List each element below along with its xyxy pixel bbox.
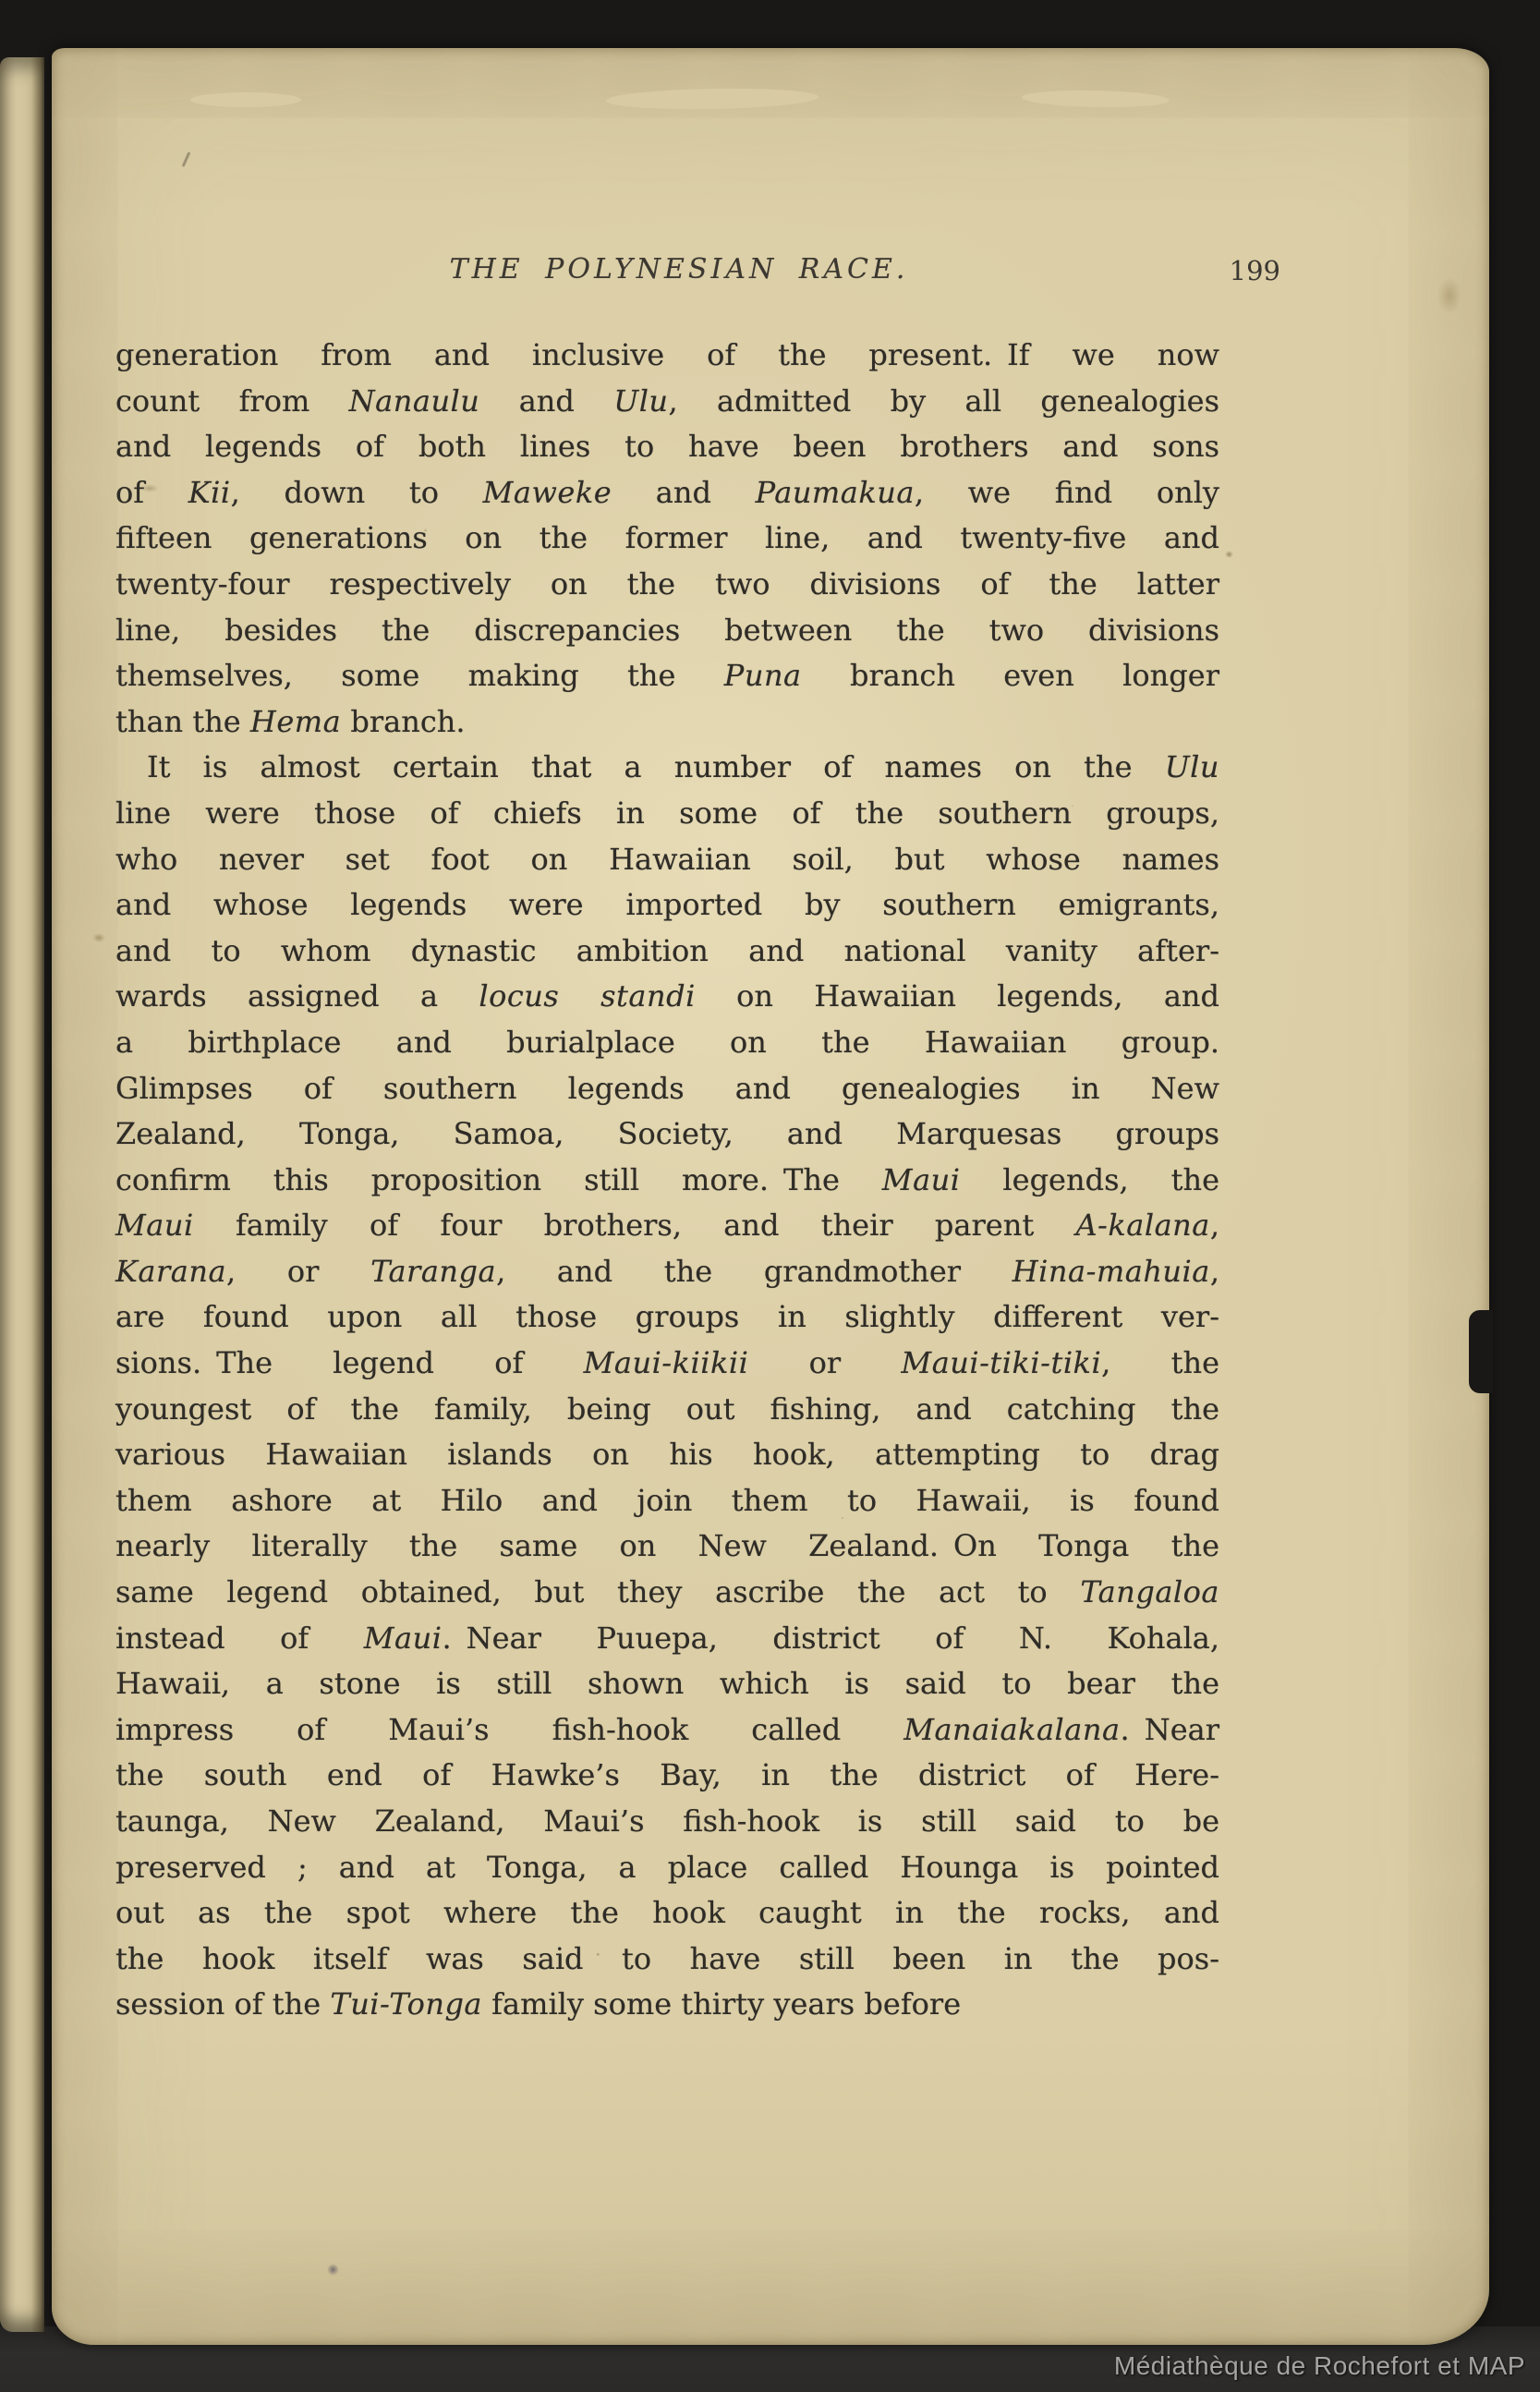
pencil-mark [182, 152, 191, 167]
text-line: same legend obtained, but they ascribe t… [115, 1570, 1219, 1616]
text-line: out as the spot where the hook caught in… [115, 1890, 1219, 1937]
book-page: THE POLYNESIAN RACE. 199 generation from… [52, 48, 1489, 2345]
text-line: impress of Maui’s fish-hook called Manai… [115, 1707, 1219, 1754]
text-line: themselves, some making the Puna branch … [115, 653, 1219, 699]
text-line: Zealand, Tonga, Samoa, Society, and Marq… [115, 1111, 1219, 1158]
foxing-spot [1437, 277, 1461, 314]
text-line: confirm this proposition still more. The… [115, 1158, 1219, 1204]
worn-page-edge-nick [1469, 1310, 1493, 1393]
torn-paper-edge [190, 92, 301, 107]
text-line: sions. The legend of Maui-kiikii or Maui… [115, 1341, 1219, 1387]
page-number: 199 [1230, 255, 1280, 286]
foxing-spot [327, 2264, 339, 2276]
text-line: Maui family of four brothers, and their … [115, 1203, 1219, 1249]
text-line: and whose legends were imported by south… [115, 882, 1219, 929]
text-line: instead of Maui. Near Puuepa, district o… [115, 1616, 1219, 1662]
text-line: count from Nanaulu and Ulu, admitted by … [115, 379, 1219, 425]
book-gutter-page-stack-edge [0, 57, 44, 2332]
running-head: THE POLYNESIAN RACE. 199 [115, 253, 1219, 297]
page-body-text: generation from and inclusive of the pre… [115, 333, 1219, 2028]
text-line: various Hawaiian islands on his hook, at… [115, 1432, 1219, 1478]
text-line: are found upon all those groups in sligh… [115, 1294, 1219, 1341]
text-line: preserved ; and at Tonga, a place called… [115, 1845, 1219, 1891]
text-line: and legends of both lines to have been b… [115, 424, 1219, 470]
foxing-spot [1225, 551, 1233, 558]
text-line: Hawaii, a stone is still shown which is … [115, 1661, 1219, 1707]
text-line: a birthplace and burialplace on the Hawa… [115, 1020, 1219, 1066]
torn-paper-edge [606, 87, 819, 111]
text-line: Glimpses of southern legends and genealo… [115, 1066, 1219, 1112]
text-line: fifteen generations on the former line, … [115, 516, 1219, 562]
text-line: It is almost certain that a number of na… [115, 745, 1219, 791]
text-line: wards assigned a locus standi on Hawaiia… [115, 974, 1219, 1020]
book-scan-photo: THE POLYNESIAN RACE. 199 generation from… [0, 0, 1540, 2392]
text-line: them ashore at Hilo and join them to Haw… [115, 1478, 1219, 1524]
text-line: generation from and inclusive of the pre… [115, 333, 1219, 379]
text-line: and to whom dynastic ambition and nation… [115, 929, 1219, 975]
library-watermark: Médiathèque de Rochefort et MAP [1114, 2351, 1525, 2381]
text-line: who never set foot on Hawaiian soil, but… [115, 837, 1219, 883]
running-title: THE POLYNESIAN RACE. [450, 253, 909, 285]
text-line: the south end of Hawke’s Bay, in the dis… [115, 1753, 1219, 1799]
text-line: of Kii, down to Maweke and Paumakua, we … [115, 470, 1219, 516]
text-line: line were those of chiefs in some of the… [115, 791, 1219, 837]
text-line: taunga, New Zealand, Maui’s fish-hook is… [115, 1799, 1219, 1845]
text-line: twenty-four respectively on the two divi… [115, 562, 1219, 608]
text-line: Karana, or Taranga, and the grandmother … [115, 1249, 1219, 1295]
text-line: than the Hema branch. [115, 699, 1219, 746]
text-line: session of the Tui-Tonga family some thi… [115, 1982, 1219, 2028]
text-line: the hook itself was said to have still b… [115, 1937, 1219, 1983]
text-line: nearly literally the same on New Zealand… [115, 1524, 1219, 1570]
torn-paper-edge [1022, 89, 1170, 108]
foxing-spot [92, 933, 105, 942]
text-line: youngest of the family, being out fishin… [115, 1387, 1219, 1433]
text-line: line, besides the discrepancies between … [115, 608, 1219, 654]
